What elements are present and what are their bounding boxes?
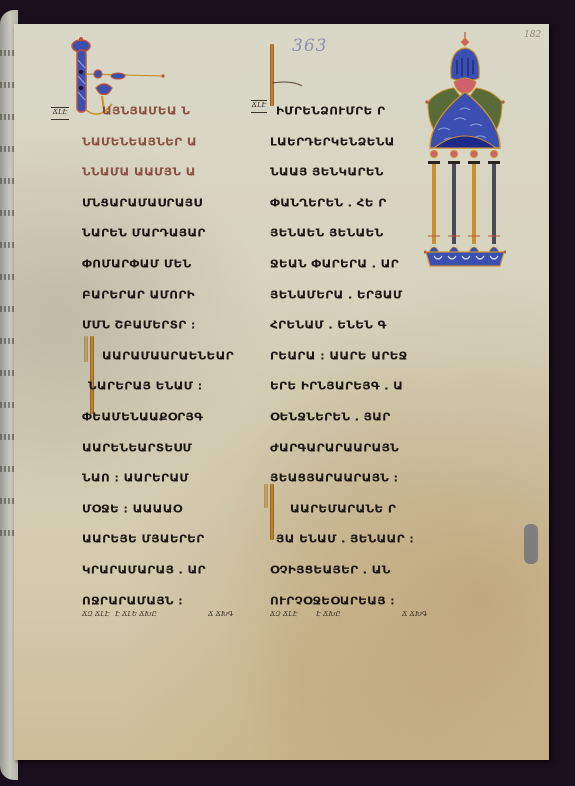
footer-canon-note: Է ՃԼԵ ՃԽԸ (115, 610, 157, 619)
text-line: ՄՕՋԵ ։ ԱԱԱԱՕ (82, 495, 252, 523)
text-line: ՆԱԱՅ ՅԵՆԿԱՐԵՆ (270, 159, 440, 187)
text-line: ԱԱՐԵՄԱՐԱՆԵ Ր (270, 495, 440, 523)
text-line: ՆԱՐԵՐԱՅ ԵՆԱՄ ։ (82, 373, 252, 401)
text-line: ԵՐԵ ԻՐՆՅԱՐԵՅԳ ․ Ա (270, 373, 440, 401)
text-line: ՕԵՆՋՆԵՐԵՆ ․ ՅԱՐ (270, 403, 440, 431)
text-line: ԺԱՐԳԱՐԱՐԱԱՐԱՅՆ (270, 434, 440, 462)
text-line: ԼԱԵՐԴԵՐԿԵՆՁԵՆԱ (270, 128, 440, 156)
folio-number: 182 (524, 30, 541, 40)
text-line: ՆԱՄԵՆԵԱՅՆԵՐ Ա (82, 128, 252, 156)
text-line: ՀՐԵՆԱՄ ․ ԵՆԵՆ Գ (270, 312, 440, 340)
text-line: ՅԵՆԱՄԵՐԱ ․ ԵՐՅԱՄ (270, 281, 440, 309)
footer-canon-note: Ճ ՃԽԳ (208, 610, 233, 619)
text-line: ՄՆՑԱՐԱՄԱՍՐԱՅՍ (82, 189, 252, 217)
footer-canon-note: ՃԶ ՃԼԷ (270, 610, 298, 619)
text-line: ՅԵԱՑՅԱՐԱԱՐԱՅՆ ։ (270, 465, 440, 493)
text-line: ՐԵԱՐԱ ։ ԱԱՐԵ ԱՐԵՋ (270, 342, 440, 370)
shelf-mark: 363 (292, 36, 327, 56)
canon-mark-right: ՃԼԷ (250, 100, 268, 113)
text-line: ԱԱՐԵՅԵ ՄՅԱԵՐԵՐ (82, 526, 252, 554)
gold-initial-bar (264, 484, 268, 508)
text-line: ԱԱՐԱՄԱԱՐԱԵՆԵԱՐ (82, 342, 252, 370)
footer-canon-note: Է ՃԽԸ (316, 610, 341, 619)
text-line: ՆԱՈ ։ ԱԱՐԵՐԱՄ (82, 465, 252, 493)
text-line: ՆՆԱՄԱ ԱԱՄՅՆ Ա (82, 159, 252, 187)
text-line: ԲԱՐԵՐԱՐ ԱՄՈՐԻ (82, 281, 252, 309)
text-line: ՅԱ ԵՆԱՄ ․ ՅԵՆԱԱՐ ։ (270, 526, 440, 554)
text-line: ՓԱՆՂԵՐԵՆ ․ ՀԵ Ր (270, 189, 440, 217)
text-line: ԿՐԱՐԱՄԱՐԱՅ ․ ԱՐ (82, 556, 252, 584)
footer-canon-note: ՃԶ ՃԼԷ (82, 610, 110, 619)
text-line: ՅԵՆԱԵՆ ՅԵՆԱԵՆ (270, 220, 440, 248)
footer-canon-note: Ճ ՃԽԳ (402, 610, 427, 619)
canon-mark-left: ՃԼԷ (50, 107, 70, 120)
text-line: ԻՄՐԵՆՁՈՒՄՐԵ Ր (270, 98, 440, 126)
text-line: ՓԵԱՄԵՆԱԱՔՕՐՅԳ (82, 403, 252, 431)
initial-flourish-icon (272, 80, 308, 92)
text-line: ՄՄՆ ՇԲԱՄԵՐՏՐ ։ (82, 312, 252, 340)
text-column-left: ԱՅՆՅԱՄԵԱ Ն ՆԱՄԵՆԵԱՅՆԵՐ Ա ՆՆԱՄԱ ԱԱՄՅՆ Ա Մ… (82, 96, 252, 616)
text-line: ԱՅՆՅԱՄԵԱ Ն (82, 98, 252, 126)
text-column-right: ԻՄՐԵՆՁՈՒՄՐԵ Ր ԼԱԵՐԴԵՐԿԵՆՁԵՆԱ ՆԱԱՅ ՅԵՆԿԱՐ… (270, 96, 440, 616)
marginal-canopy-illumination-icon (424, 30, 506, 270)
manuscript-viewer: 182 363 ՃԼԷ ՃԼԷ ԱՅՆՅԱՄԵԱ Ն ՆԱ (0, 0, 575, 786)
text-line: ՕՉԻՅՑԵԱՅԵՐ ․ ԱՆ (270, 556, 440, 584)
text-line: ՆԱՐԵՆ ՄԱՐԴԱՅԱՐ (82, 220, 252, 248)
text-line: ՓՈՄԱՐՓԱՄ ՄԵՆ (82, 250, 252, 278)
text-line: ՋԵԱՆ ՓԱՐԵՐԱ ․ ԱՐ (270, 250, 440, 278)
text-line: ԱԱՐԵՆԵԱՐՏԵՍՄ (82, 434, 252, 462)
